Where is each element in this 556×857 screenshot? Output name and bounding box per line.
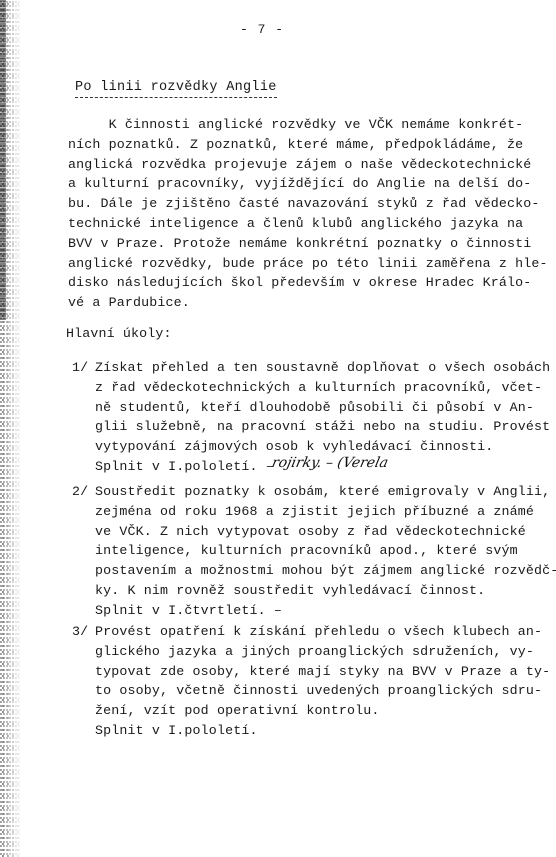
task-line: Provést opatření k získání přehledu o vš… <box>95 624 542 639</box>
paragraph-line: anglická rozvědka projevuje zájem o naše… <box>68 157 531 172</box>
task-line: postavením a možnostmi mohou být zájmem … <box>95 563 556 578</box>
paragraph-line: bu. Dále je zjištěno časté navazování st… <box>68 196 540 211</box>
paragraph-line: technické inteligence a členů klubů angl… <box>68 216 523 231</box>
task-line: Získat přehled a ten soustavně doplňovat… <box>95 360 550 375</box>
handwritten-annotation: rojirky. – (Verela <box>270 455 389 471</box>
scan-edge-shadow <box>0 0 6 320</box>
task-line: vytypování zájmových osob k vyhledávací … <box>95 439 493 454</box>
paragraph-line: anglické rozvědky, bude práce po této li… <box>68 256 548 271</box>
task-line: ve VČK. Z nich vytypovat osoby z řad věd… <box>95 524 526 539</box>
task-line: z řad vědeckotechnických a kulturních pr… <box>95 380 542 395</box>
paragraph-line: BVV v Praze. Protože nemáme konkrétní po… <box>68 236 531 251</box>
task-deadline: Splnit v I.pololetí. <box>95 723 258 738</box>
tasks-heading: Hlavní úkoly: <box>66 326 172 341</box>
task-line: inteligence, kulturních pracovníků apod.… <box>95 543 518 558</box>
paragraph-line: K činnosti anglické rozvědky ve VČK nemá… <box>68 117 523 132</box>
task-line: žení, vzít pod operativní kontrolu. <box>95 703 380 718</box>
paragraph-line: ních poznatků. Z poznatků, které máme, p… <box>68 137 523 152</box>
task-line: typovat zde osoby, které mají styky na B… <box>95 664 550 679</box>
task-line: to osoby, včetně činnosti uvedených proa… <box>95 683 542 698</box>
task-deadline: Splnit v I.čtvrtletí. – <box>95 603 282 618</box>
paragraph-line: vé a Pardubice. <box>68 295 190 310</box>
document-page: - 7 - Po linii rozvědky Anglie K činnost… <box>0 0 556 857</box>
task-number: 3/ <box>72 624 88 639</box>
task-line: glického jazyka a jiných proanglických s… <box>95 644 534 659</box>
section-title: Po linii rozvědky Anglie <box>75 80 277 98</box>
page-number: - 7 - <box>240 22 284 37</box>
task-number: 1/ <box>72 360 88 375</box>
task-line: Soustředit poznatky k osobám, které emig… <box>95 484 550 499</box>
task-line: zejména od roku 1968 a zjistit jejich př… <box>95 504 534 519</box>
task-line: glii služebně, na pracovní stáži nebo na… <box>95 419 550 434</box>
paragraph-line: disko následujících škol především v okr… <box>68 275 531 290</box>
task-number: 2/ <box>72 484 88 499</box>
task-line: ky. K nim rovněž soustředit vyhledávací … <box>95 583 485 598</box>
task-line: ně studentů, kteří dlouhodobě působili č… <box>95 400 534 415</box>
paragraph-line: a kulturní pracovníky, vyjíždějící do An… <box>68 176 531 191</box>
task-deadline: Splnit v I.pololetí. – <box>95 459 274 474</box>
